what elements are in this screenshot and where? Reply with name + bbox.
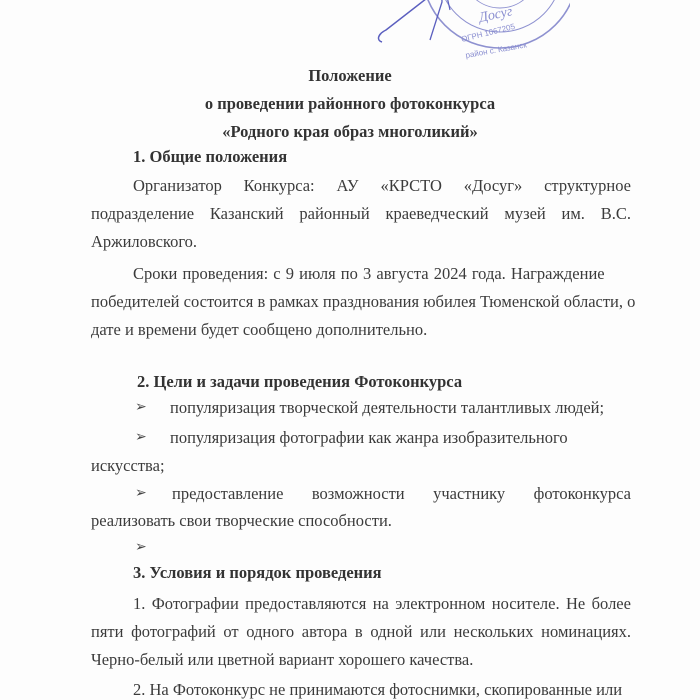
- word: от: [223, 622, 238, 642]
- word: автора: [302, 622, 348, 642]
- dates-line-1: Сроки проведения: с 9 июля по 3 августа …: [133, 264, 605, 284]
- word: АУ: [336, 176, 358, 196]
- arrow-bullet-icon: ➢: [135, 398, 147, 418]
- arrow-bullet-icon: ➢: [135, 428, 147, 448]
- organizer-line-3: Аржиловского.: [91, 232, 197, 252]
- word: пяти: [91, 622, 123, 642]
- word: районный: [299, 204, 369, 224]
- word: электронном: [395, 594, 485, 614]
- word: или: [420, 622, 446, 642]
- official-stamp-icon: Досуг ОГРН 1067205 район с. Казанск: [370, 0, 570, 70]
- word: носителе.: [492, 594, 560, 614]
- word: предоставляются: [245, 594, 366, 614]
- word: нескольких: [454, 622, 534, 642]
- goal-item-1: популяризация творческой деятельности та…: [170, 398, 604, 418]
- word: подразделение: [91, 204, 194, 224]
- section-2-heading: 2. Цели и задачи проведения Фотоконкурса: [137, 372, 462, 392]
- conditions-line-3: Черно-белый или цветной вариант хорошего…: [91, 650, 473, 670]
- conditions-line-2: пяти фотографий от одного автора в одной…: [91, 622, 631, 642]
- goal-item-3: предоставление возможности участнику фот…: [172, 484, 631, 504]
- word: В.С.: [601, 204, 631, 224]
- word: им.: [562, 204, 585, 224]
- word: более: [592, 594, 631, 614]
- section-3-heading: 3. Условия и порядок проведения: [133, 563, 382, 583]
- arrow-bullet-icon: ➢: [135, 484, 147, 504]
- document-title: Положение: [0, 66, 700, 86]
- dates-line-2: победителей состоится в рамках празднова…: [91, 292, 635, 312]
- word: в: [355, 622, 363, 642]
- section-1-heading: 1. Общие положения: [133, 147, 287, 167]
- arrow-bullet-icon: ➢: [135, 538, 147, 558]
- document-page: Досуг ОГРН 1067205 район с. Казанск Поло…: [0, 0, 700, 700]
- word: «Досуг»: [464, 176, 523, 196]
- organizer-line-1: Организатор Конкурса: АУ «КРСТО «Досуг» …: [133, 176, 631, 196]
- conditions-item-2: 2. На Фотоконкурс не принимаются фотосни…: [133, 680, 622, 700]
- svg-text:ОГРН 1067205: ОГРН 1067205: [460, 22, 516, 44]
- word: Конкурса:: [244, 176, 315, 196]
- conditions-line-1: 1. Фотографии предоставляются на электро…: [133, 594, 631, 614]
- document-subtitle: о проведении районного фотоконкурса: [0, 94, 700, 114]
- word: структурное: [544, 176, 631, 196]
- word: фотоконкурса: [534, 484, 631, 504]
- contest-name: «Родного края образ многоликий»: [0, 122, 700, 142]
- word: одного: [246, 622, 294, 642]
- word: фотографий: [131, 622, 216, 642]
- dates-line-3: дате и времени будет сообщено дополнител…: [91, 320, 427, 340]
- word: возможности: [312, 484, 405, 504]
- goal-item-2-cont: искусства;: [91, 456, 165, 476]
- word: номинациях.: [541, 622, 631, 642]
- word: Фотографии: [152, 594, 239, 614]
- word: Не: [566, 594, 585, 614]
- word: участнику: [433, 484, 505, 504]
- word: предоставление: [172, 484, 283, 504]
- word: «КРСТО: [380, 176, 441, 196]
- signature-icon: [379, 0, 460, 42]
- word: краеведческий: [385, 204, 488, 224]
- word: одной: [370, 622, 412, 642]
- organizer-line-2: подразделение Казанский районный краевед…: [91, 204, 631, 224]
- word: 1.: [133, 594, 145, 614]
- word: Организатор: [133, 176, 222, 196]
- goal-item-2: популяризация фотографии как жанра изобр…: [170, 428, 568, 448]
- goal-item-3-cont: реализовать свои творческие способности.: [91, 511, 392, 531]
- word: на: [373, 594, 389, 614]
- word: музей: [504, 204, 545, 224]
- word: Казанский: [210, 204, 284, 224]
